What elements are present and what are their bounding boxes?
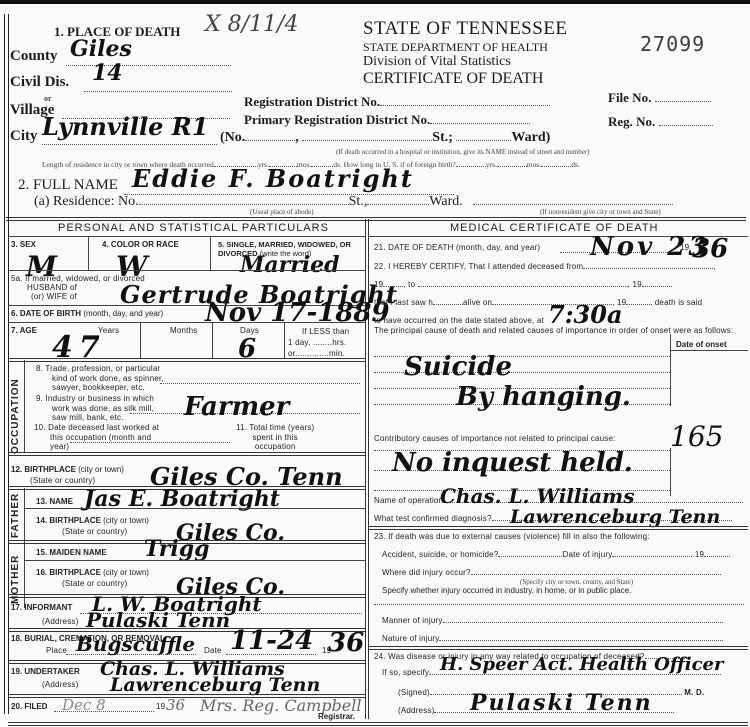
overwrite-address: Lawrenceburg Tenn <box>510 506 720 528</box>
divider <box>670 334 671 406</box>
informant-address-label: (Address) <box>42 617 78 626</box>
margin-notes: X 8/11/4 <box>205 12 298 37</box>
divider <box>24 508 365 509</box>
filed-date-value: Dec 8 <box>62 696 106 714</box>
last-worked-label: 10. Date deceased last worked at this oc… <box>34 423 159 452</box>
marital-value: Married <box>240 252 340 278</box>
contributory-value: No inquest held. <box>392 448 633 478</box>
physician-address-value: Pulaski Tenn <box>470 690 653 716</box>
county-field: Giles <box>66 48 231 66</box>
divider <box>8 358 365 362</box>
certificate-title: CERTIFICATE OF DEATH <box>363 70 543 88</box>
dob-label: 6. DATE OF BIRTH (month, day, and year) <box>11 309 163 318</box>
divider <box>284 322 285 358</box>
mother-birthplace-hint: (State or country) <box>62 579 127 588</box>
nonresident-note: (If nonresident give city or town and St… <box>540 208 661 216</box>
stamp-number: 27099 <box>640 32 705 56</box>
city-field: Lynnville R1 <box>42 128 217 145</box>
left-border <box>4 14 9 714</box>
civil-dis-value: 14 <box>92 60 123 86</box>
divider <box>670 448 671 496</box>
race-label: 4. COLOR OR RACE <box>102 240 179 249</box>
primary-registration-label: Primary Registration District No. <box>244 112 530 128</box>
undertaker-address-value: Lawrenceburg Tenn <box>110 674 320 696</box>
specify-label: Specify whether injury occurred in indus… <box>382 586 631 595</box>
department-title: STATE DEPARTMENT OF HEALTH <box>363 40 548 55</box>
informant-label: 17. INFORMANT <box>11 603 72 612</box>
occurred-line: to have occurred on the date stated abov… <box>374 316 544 325</box>
divider <box>670 350 748 351</box>
sex-label: 3. SEX <box>11 240 36 249</box>
contributory-label: Contributory causes of importance not re… <box>374 434 616 443</box>
mother-birthplace-label: 16. BIRTHPLACE (city or town) <box>36 568 149 577</box>
last-worked-field <box>70 442 230 443</box>
undertaker-label: 19. UNDERTAKER <box>11 667 80 676</box>
city-label: City <box>10 128 38 145</box>
scan-top-border <box>0 0 750 4</box>
filed-year-value: 36 <box>166 696 185 714</box>
street-line: (No., St.; Ward) <box>220 130 550 146</box>
specify-field <box>374 604 744 605</box>
cause-intro: The principal cause of death and related… <box>374 326 734 336</box>
divider <box>8 722 748 726</box>
total-time-label: 11. Total time (years) spent in this occ… <box>236 423 314 452</box>
external-causes-label: 23. If death was due to external causes … <box>374 532 650 541</box>
less-than-day: If LESS than 1 day, ........hrs. or.....… <box>288 326 349 359</box>
manner-line: Manner of injury <box>382 616 723 625</box>
reg-no-label: Reg. No. <box>608 114 713 130</box>
where-injury-line: Where did injury occur? <box>382 568 721 577</box>
divider <box>212 322 213 358</box>
usual-abode-note: (Usual place of abode) <box>250 208 314 216</box>
city-value: Lynnville R1 <box>42 112 208 141</box>
divider <box>8 236 365 237</box>
father-birthplace-hint: (State or country) <box>62 527 127 536</box>
burial-place-value: Bugscuffle <box>76 632 195 656</box>
nature-line: Nature of injury <box>382 634 723 643</box>
registrar-label: Registrar. <box>318 712 355 721</box>
attended-dates: 19, to , 19 <box>374 280 672 289</box>
division-title: Division of Vital Statistics <box>363 54 511 70</box>
age-label: 7. AGE <box>11 326 37 335</box>
birthplace-label: 12. BIRTHPLACE (city or town) <box>11 465 124 474</box>
code-value: 165 <box>670 420 723 453</box>
time-of-death-value: 7:30a <box>548 300 623 329</box>
full-name-field: Eddie F. Boatright <box>124 180 454 195</box>
full-name-label: 2. FULL NAME <box>18 177 118 194</box>
county-label: County <box>10 48 58 65</box>
civil-dis-label: Civil Dis. <box>10 74 69 91</box>
divider <box>24 488 25 608</box>
dob-value: Nov 17-1889 <box>205 298 390 328</box>
certify-label: 22. I HEREBY CERTIFY, That I attended de… <box>374 262 716 271</box>
where-hint: (Specify city or town, county, and State… <box>520 578 633 586</box>
divider <box>8 452 365 456</box>
birthplace-hint: (State or country) <box>30 476 95 485</box>
burial-date-value: 11-24 <box>230 626 313 656</box>
date-of-onset-label: Date of onset <box>676 340 727 349</box>
trade-field <box>160 383 360 384</box>
occupation-side-label: OCCUPATION <box>10 368 21 454</box>
civil-dis-field: 14 <box>84 74 232 92</box>
industry-label: 9. Industry or business in which work wa… <box>36 394 154 423</box>
father-birthplace-label: 14. BIRTHPLACE (city or town) <box>36 516 149 525</box>
filed-year-prefix: 19 <box>156 702 165 711</box>
months-label: Months <box>170 326 197 335</box>
accident-line: Accident, suicide, or homicide?Date of i… <box>382 550 730 559</box>
divider <box>8 322 365 323</box>
burial-place-label: Place <box>46 646 67 655</box>
date-of-death-label: 21. DATE OF DEATH (month, day, and year) <box>374 243 540 252</box>
cause-value-2: By hanging. <box>456 382 631 412</box>
filed-label: 20. FILED <box>11 702 47 711</box>
undertaker-address-label: (Address) <box>42 680 78 689</box>
trade-label: 8. Trade, profession, or particular kind… <box>36 364 164 393</box>
cause-value-1: Suicide <box>404 352 512 382</box>
divider <box>368 526 748 530</box>
divider <box>24 360 25 452</box>
full-name-value: Eddie F. Boatright <box>132 164 414 193</box>
overwrite-name: Chas. L. Williams <box>440 484 634 508</box>
hospital-note: (If death occurred in a hospital or inst… <box>336 148 590 156</box>
county-value: Giles <box>70 36 132 62</box>
last-saw-line: that I last saw halive on, 19 death is s… <box>374 298 702 307</box>
divider <box>210 236 211 270</box>
divider <box>140 322 141 358</box>
divider <box>368 646 748 650</box>
divider <box>8 270 365 271</box>
burial-year-value: 36 <box>328 628 364 658</box>
burial-date-label: Date <box>204 646 222 655</box>
divider <box>6 217 746 221</box>
maiden-name-label: 15. MAIDEN NAME <box>36 548 107 557</box>
personal-section-title: PERSONAL AND STATISTICAL PARTICULARS <box>58 222 329 234</box>
maiden-name-value: Trigg <box>144 536 209 562</box>
if-so-value: H. Speer Act. Health Officer <box>440 654 723 675</box>
file-no-label: File No. <box>608 90 711 106</box>
registration-district-label: Registration District No. <box>244 94 550 110</box>
date-of-death-year: 36 <box>692 234 728 264</box>
date-of-death-year-prefix: 19 <box>680 243 689 252</box>
divider <box>88 236 89 270</box>
divider <box>24 560 365 561</box>
father-name-label: 13. NAME <box>36 497 73 506</box>
industry-value: Farmer <box>184 392 289 422</box>
state-title: STATE OF TENNESSEE <box>363 18 568 40</box>
father-side-label: FATHER <box>10 490 21 538</box>
